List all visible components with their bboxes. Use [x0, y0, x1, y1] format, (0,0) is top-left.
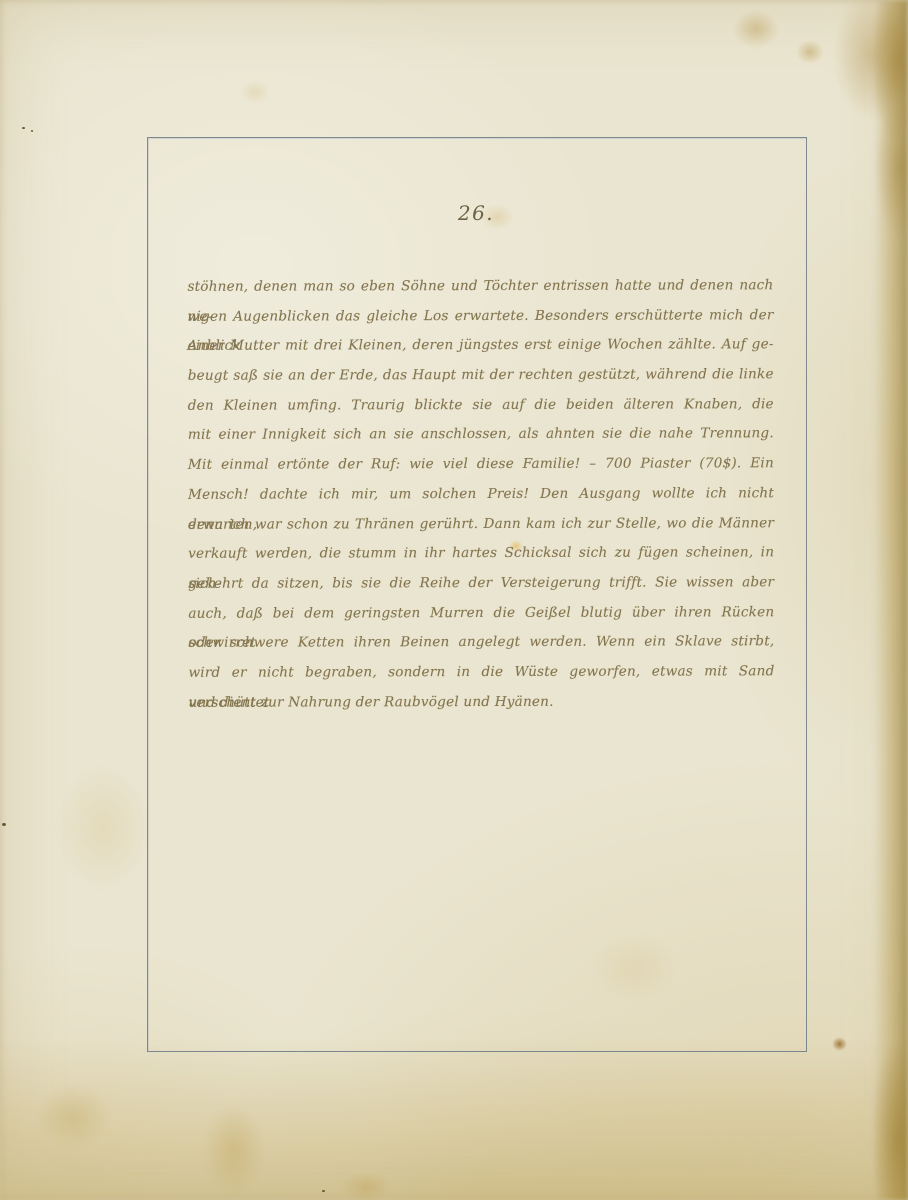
- manuscript-line: Mit einmal ertönte der Ruf: wie viel die…: [188, 449, 774, 480]
- handwritten-text-block: stöhnen, denen man so eben Söhne und Töc…: [187, 271, 774, 718]
- stain: [342, 1172, 390, 1200]
- stain: [55, 765, 150, 890]
- stain: [203, 1105, 265, 1195]
- stain: [36, 1085, 110, 1149]
- manuscript-line: verkauft werden, die stumm in ihr hartes…: [188, 538, 774, 569]
- manuscript-line: nigen Augenblicken das gleiche Los erwar…: [187, 301, 773, 332]
- stain: [832, 1037, 847, 1051]
- manuscript-line: gekehrt da sitzen, bis sie die Reihe der…: [188, 568, 774, 599]
- stain: [834, 0, 908, 120]
- ink-speck: [322, 1190, 325, 1192]
- ink-speck: [31, 130, 33, 132]
- manuscript-line: und dient zur Nahrung der Raubvögel und …: [189, 687, 775, 718]
- stain: [592, 935, 677, 1000]
- manuscript-page-scan: 26. stöhnen, denen man so eben Söhne und…: [0, 0, 908, 1200]
- manuscript-line: den Kleinen umfing. Traurig blickte sie …: [188, 390, 774, 421]
- manuscript-line: oder schwere Ketten ihren Beinen angeleg…: [188, 627, 774, 658]
- stain: [733, 10, 779, 48]
- manuscript-line: denn ich war schon zu Thränen gerührt. D…: [188, 509, 774, 540]
- ink-speck: [2, 823, 6, 826]
- stain: [796, 40, 824, 64]
- aged-right-edge: [874, 0, 908, 1200]
- manuscript-line: einer Mutter mit drei Kleinen, deren jün…: [188, 331, 774, 362]
- manuscript-line: wird er nicht begraben, sondern in die W…: [188, 657, 774, 688]
- manuscript-line: stöhnen, denen man so eben Söhne und Töc…: [187, 271, 773, 302]
- aged-bottom-edge: [0, 1040, 908, 1200]
- stain: [240, 80, 270, 104]
- manuscript-line: mit einer Innigkeit sich an sie anschlos…: [188, 420, 774, 451]
- manuscript-line: auch, daß bei dem geringsten Murren die …: [188, 598, 774, 629]
- page-number: 26.: [147, 201, 805, 225]
- manuscript-line: Mensch! dachte ich mir, um solchen Preis…: [188, 479, 774, 510]
- ink-speck: [22, 127, 25, 129]
- manuscript-line: beugt saß sie an der Erde, das Haupt mit…: [188, 360, 774, 391]
